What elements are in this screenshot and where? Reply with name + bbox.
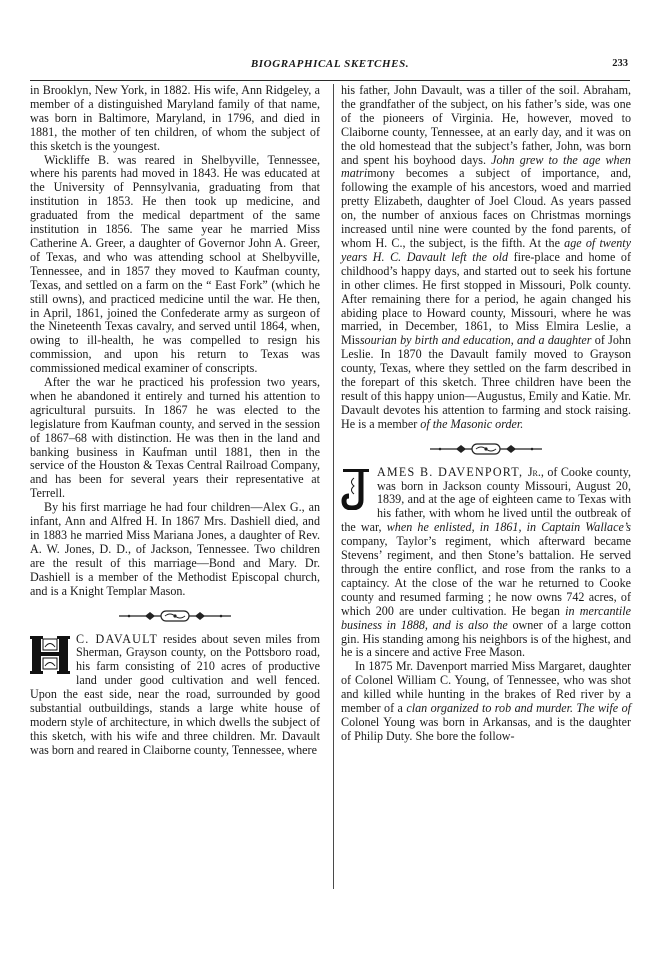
text-run: Colonel Young was born in Arkansas, and … xyxy=(341,715,631,743)
dropcap-h-icon xyxy=(30,635,70,675)
italic-run: clan organized to rob and murder. The wi… xyxy=(406,701,631,715)
paragraph: his father, John Davault, was a tiller o… xyxy=(341,84,631,432)
column-divider xyxy=(333,84,334,889)
biographical-sketch-davault: C. DAVAULT resides about seven miles fro… xyxy=(30,633,320,758)
biographical-sketch-davenport: AMES B. DAVENPORT, Jr., of Cooke county,… xyxy=(341,466,631,661)
ornament-icon xyxy=(426,442,546,456)
sketch-text: resides about seven miles from Sherman, … xyxy=(30,632,320,757)
italic-run: of the Masonic order. xyxy=(420,417,523,431)
section-divider-ornament xyxy=(30,605,320,627)
paragraph: After the war he practiced his professio… xyxy=(30,376,320,501)
paragraph: By his first marriage he had four childr… xyxy=(30,501,320,598)
paragraph: Wickliffe B. was reared in Shelbyville, … xyxy=(30,154,320,377)
section-divider-ornament xyxy=(341,438,631,460)
italic-run: sourian by birth and education, and a da… xyxy=(360,333,592,347)
running-title: BIOGRAPHICAL SKETCHES. xyxy=(30,58,630,70)
page-number: 233 xyxy=(612,58,628,69)
paragraph: In 1875 Mr. Davenport married Miss Marga… xyxy=(341,660,631,743)
paragraph: in Brooklyn, New York, in 1882. His wife… xyxy=(30,84,320,154)
page-header: BIOGRAPHICAL SKETCHES. 233 xyxy=(30,56,630,72)
right-column: his father, John Davault, was a tiller o… xyxy=(341,84,631,744)
header-rule xyxy=(30,80,630,81)
subject-name: AMES B. DAVENPORT, xyxy=(377,465,528,479)
suffix: Jr. xyxy=(528,465,541,479)
subject-name: C. DAVAULT xyxy=(76,632,158,646)
italic-run: when he enlisted, in 1861, in Captain Wa… xyxy=(387,520,631,534)
left-column: in Brooklyn, New York, in 1882. His wife… xyxy=(30,84,320,758)
ornament-icon xyxy=(115,609,235,623)
dropcap-j-icon xyxy=(341,468,371,510)
